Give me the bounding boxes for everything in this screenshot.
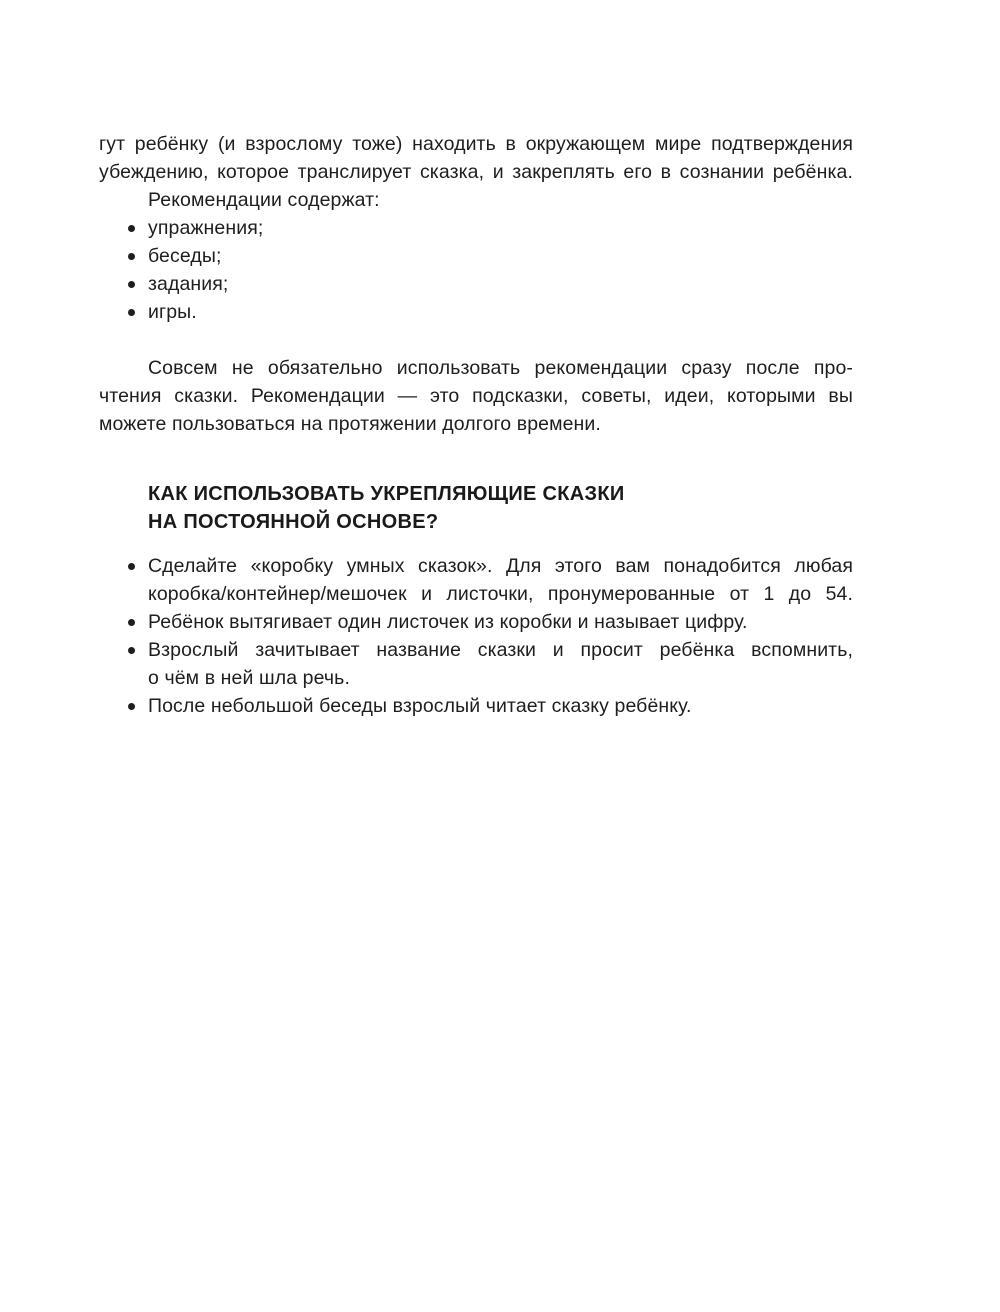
bullet-icon	[128, 225, 135, 232]
step-item-3-line-1: Взрослый зачитывает название сказки и пр…	[148, 636, 853, 664]
book-page: гут ребёнку (и взрослому тоже) находить …	[0, 0, 1000, 1312]
list-item: беседы;	[148, 242, 221, 270]
step-item-4: После небольшой беседы взрослый читает с…	[148, 692, 692, 720]
intro-line-1: гут ребёнку (и взрослому тоже) находить …	[99, 130, 853, 158]
intro-line-2: убеждению, которое транслирует сказка, и…	[99, 158, 853, 186]
bullet-icon	[128, 703, 135, 710]
step-item-1-line-2: коробка/контейнер/мешочек и листочки, пр…	[148, 580, 853, 608]
step-item-3-line-2: о чём в ней шла речь.	[148, 664, 350, 692]
section-heading-line-1: КАК ИСПОЛЬЗОВАТЬ УКРЕПЛЯЮЩИЕ СКАЗКИ	[148, 480, 625, 508]
step-item-1-line-1: Сделайте «коробку умных сказок». Для это…	[148, 552, 853, 580]
list-item: упражнения;	[148, 214, 263, 242]
list-item: игры.	[148, 298, 197, 326]
step-item-2: Ребёнок вытягивает один листочек из коро…	[148, 608, 748, 636]
list-item: задания;	[148, 270, 228, 298]
bullet-icon	[128, 619, 135, 626]
bullet-icon	[128, 647, 135, 654]
bullet-icon	[128, 253, 135, 260]
bullet-icon	[128, 309, 135, 316]
bullet-icon	[128, 281, 135, 288]
note-line-3: можете пользоваться на протяжении долгог…	[99, 410, 601, 438]
note-line-2: чтения сказки. Рекомендации — это подска…	[99, 382, 853, 410]
bullet-icon	[128, 563, 135, 570]
note-line-1: Совсем не обязательно использовать реком…	[148, 354, 853, 382]
recommendations-lead: Рекомендации содержат:	[148, 186, 380, 214]
section-heading-line-2: НА ПОСТОЯННОЙ ОСНОВЕ?	[148, 508, 438, 536]
